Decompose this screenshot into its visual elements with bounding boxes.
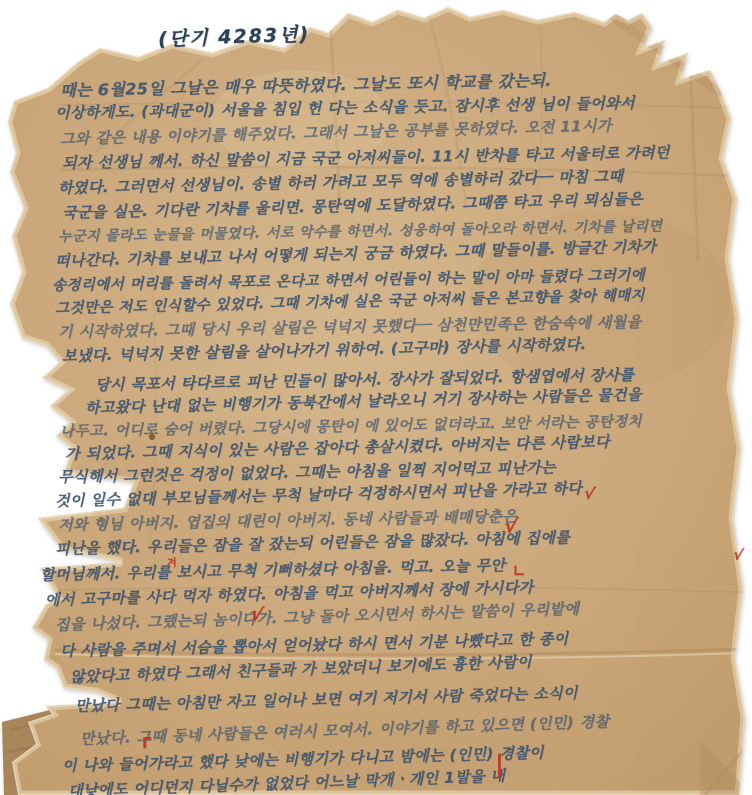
- corner-mark-1: ∟: [513, 562, 526, 580]
- corner-mark-2: Γ: [142, 734, 152, 752]
- manuscript: (단기 4283년) 때는 6월25일 그날은 매우 따뜻하였다. 그날도 또시…: [0, 0, 752, 795]
- dangi-year-heading: (단기 4283년): [158, 19, 311, 51]
- scanned-document: (단기 4283년) 때는 6월25일 그날은 매우 따뜻하였다. 그날도 또시…: [0, 0, 752, 795]
- insertion-bar: |: [495, 750, 504, 778]
- check-mark-3: √: [732, 545, 745, 564]
- superscript-note: 겨: [167, 554, 177, 569]
- check-mark-1: √: [582, 483, 596, 504]
- handwritten-line: 만났다 그때는 아침만 자고 일어나 보면 여기 저기서 사람 죽었다는 소식이: [75, 682, 578, 716]
